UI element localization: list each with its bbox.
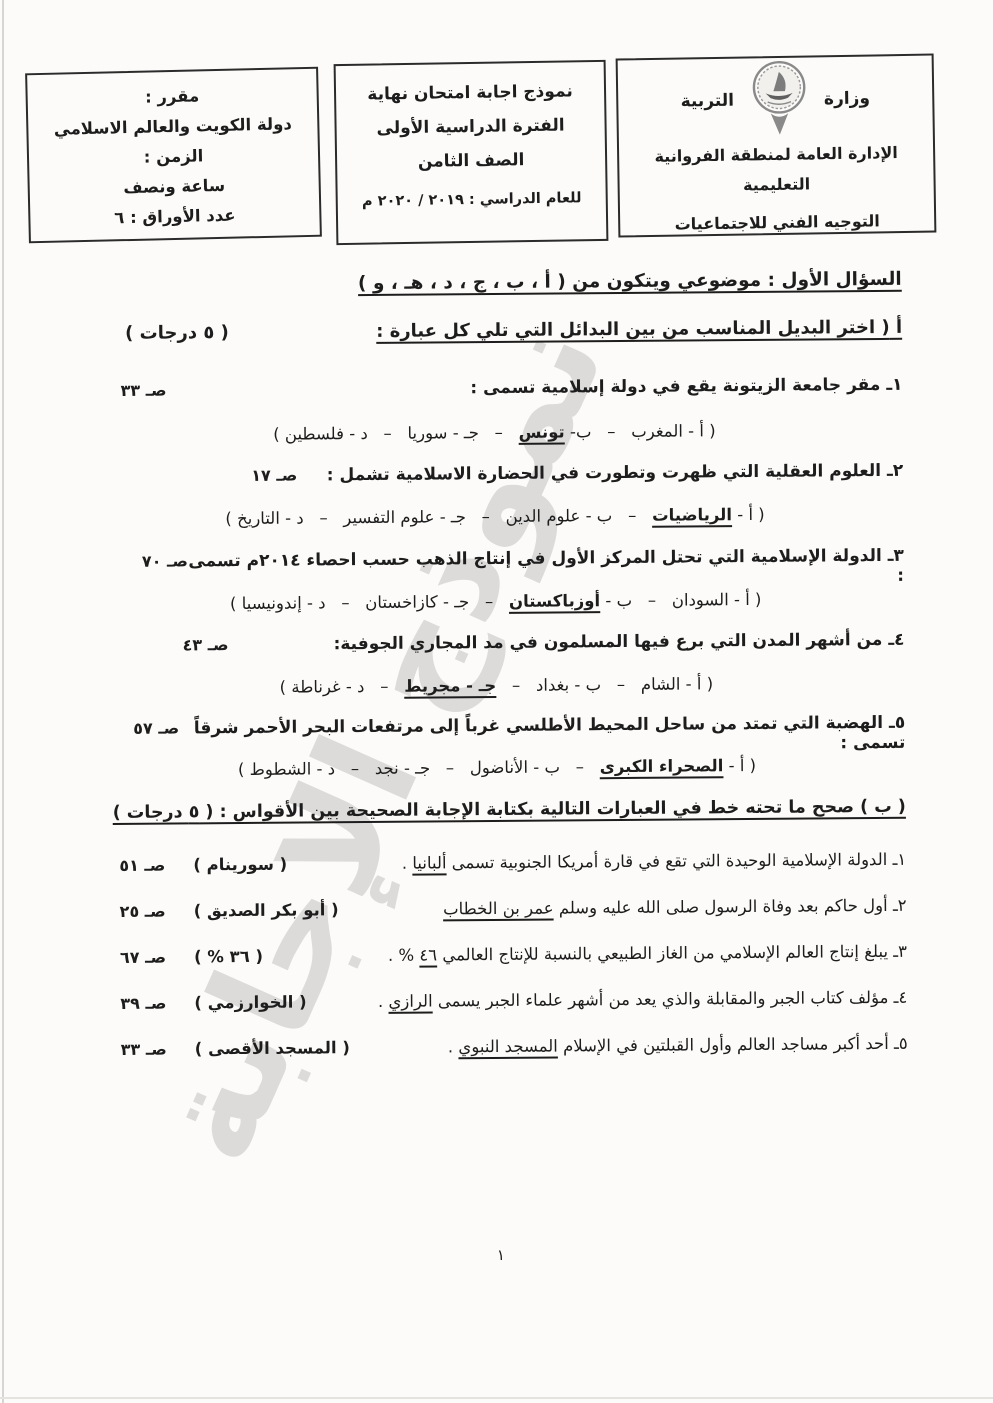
underlined-answer-text: عمر بن الخطاب — [443, 899, 554, 919]
part-b-heading: ( ب ) صحح ما تحته خط في العبارات التالية… — [89, 797, 906, 823]
academic-year-line: للعام الدراسي : ٢٠١٩ / ٢٠٢٠ م — [338, 190, 606, 210]
question-b3-answer: ( ٣٦ % ) — [194, 947, 263, 967]
question-a1-text: ١ـ مقر جامعة الزيتونة يقع في دولة إسلامي… — [167, 375, 903, 401]
underlined-answer-text: ٤٦ — [419, 945, 437, 964]
underlined-answer-text: الرياضيات — [652, 505, 732, 525]
question-b1: ١ـ الدولة الإسلامية الوحيدة التي تقع في … — [89, 850, 906, 875]
statement-text: ( أ - السودان – ب - — [600, 590, 761, 610]
statement-text: ٢ـ أول حاكم بعد وفاة الرسول صلى الله علي… — [553, 896, 906, 918]
question-a5-options: ( أ - الصحراء الكبرى – ب - الأناضول – جـ… — [88, 755, 905, 780]
question-b5-page-ref: صـ ٣٣ — [121, 1040, 167, 1059]
question-a3-text: ٣ـ الدولة الإسلامية التي تحتل المركز الأ… — [188, 546, 904, 592]
part-a-marks: ( ٥ درجات ) — [125, 322, 229, 344]
statement-text: – جـ - سوريا – د - فلسطين ) — [273, 423, 519, 444]
question-a5-page-ref: صـ ٥٧ — [133, 718, 179, 737]
statement-text: . — [448, 1037, 459, 1056]
question-b3-page-ref: صـ ٦٧ — [120, 948, 166, 967]
underlined-answer-text: تونس — [519, 422, 565, 441]
question-b1-answer: ( سورينام ) — [193, 855, 287, 875]
question-one-title: السؤال الأول : موضوعي ويتكون من ( أ ، ب … — [85, 269, 902, 296]
sheets-count: عدد الأوراق : ٦ — [30, 199, 320, 236]
exam-title-box: نموذج اجابة امتحان نهاية الفترة الدراسية… — [334, 60, 609, 245]
question-a4: ٤ـ من أشهر المدن التي برع فيها المسلمون … — [87, 630, 904, 656]
question-a3-options: ( أ - السودان – ب - أوزباكستان – جـ - كا… — [87, 589, 904, 614]
question-a4-page-ref: صـ ٤٣ — [182, 635, 228, 654]
statement-text: ( أ - الشام – ب - بغداد – — [496, 674, 713, 695]
course-info-box: مقرر : دولة الكويت والعالم الاسلامي الزم… — [25, 67, 322, 244]
question-b4: ٤ـ مؤلف كتاب الجبر والمقابلة والذي يعد م… — [90, 988, 907, 1013]
question-a4-text: ٤ـ من أشهر المدن التي برع فيها المسلمون … — [229, 630, 905, 655]
ministry-title-row: وزارة التربية — [618, 62, 933, 139]
question-b5-answer: ( المسجد الأقصى ) — [195, 1038, 350, 1058]
question-a2: ٢ـ العلوم العقلية التي ظهرت وتطورت في ال… — [86, 461, 903, 487]
underlined-answer-text: أوزباكستان — [509, 591, 600, 611]
statement-text: ٥ـ أحد أكبر مساجد العالم وأول القبلتين ف… — [558, 1034, 908, 1056]
statement-text: . — [378, 992, 389, 1011]
question-b3-text: ٣ـ يبلغ إنتاج العالم الإسلامي من الغاز ا… — [291, 942, 907, 966]
ministry-word-right: وزارة — [824, 89, 870, 110]
page-number: ١ — [92, 1243, 909, 1267]
ministry-box: وزارة التربية الإدارة العامة لمنطقة الفر… — [616, 54, 937, 238]
technical-supervision-line: التوجيه الفني للاجتماعيات — [620, 206, 934, 241]
statement-text: ١ـ الدولة الإسلامية الوحيدة التي تقع في … — [446, 850, 906, 873]
scan-edge-left — [2, 0, 4, 1403]
underlined-answer-text: ألبانيا — [412, 853, 446, 872]
question-b3: ٣ـ يبلغ إنتاج العالم الإسلامي من الغاز ا… — [90, 942, 907, 967]
question-b4-text: ٤ـ مؤلف كتاب الجبر والمقابلة والذي يعد م… — [335, 988, 908, 1011]
question-b2-page-ref: صـ ٢٥ — [120, 902, 166, 921]
question-b1-page-ref: صـ ٥١ — [119, 856, 165, 875]
underlined-answer-text: الصحراء الكبرى — [600, 756, 724, 776]
statement-text: ( أ - — [732, 505, 765, 524]
statement-text: ٤ـ مؤلف كتاب الجبر والمقابلة والذي يعد م… — [433, 988, 908, 1011]
statement-text: – جـ - كازاخستان – د - إندونيسيا ) — [230, 592, 509, 613]
kuwait-emblem-icon — [749, 58, 808, 141]
question-b1-text: ١ـ الدولة الإسلامية الوحيدة التي تقع في … — [315, 850, 906, 874]
question-a1-page-ref: صـ ٣٣ — [120, 381, 166, 400]
question-a2-text: ٢ـ العلوم العقلية التي ظهرت وتطورت في ال… — [297, 461, 903, 486]
exam-title-line2: الفترة الدراسية الأولى — [336, 108, 605, 146]
question-a1-options: ( أ - المغرب – ب- تونس – جـ - سوريا – د … — [86, 420, 903, 445]
statement-text: . — [402, 854, 413, 873]
statement-text: ( أ - المغرب – ب- — [565, 421, 716, 441]
question-b2: ٢ـ أول حاكم بعد وفاة الرسول صلى الله علي… — [90, 896, 907, 921]
question-b4-page-ref: صـ ٣٩ — [120, 994, 166, 1013]
education-district-line: الإدارة العامة لمنطقة الفروانية التعليمي… — [619, 138, 934, 203]
question-a3-page-ref: صـ ٧٠ — [142, 551, 188, 570]
question-a4-options: ( أ - الشام – ب - بغداد – جـ - مجريط – د… — [88, 673, 905, 698]
question-b5: ٥ـ أحد أكبر مساجد العالم وأول القبلتين ف… — [91, 1034, 908, 1059]
statement-text: – ب - علوم الدين – جـ - علوم التفسير – د… — [225, 506, 652, 528]
underlined-answer-text: الرازي — [388, 992, 432, 1011]
underlined-answer-text: المسجد النبوي — [458, 1037, 558, 1057]
question-b2-text: ٢ـ أول حاكم بعد وفاة الرسول صلى الله علي… — [367, 896, 907, 919]
part-a-heading: أ ‎)‎ اختر البديل المناسب من بين البدائل… — [229, 317, 902, 343]
underlined-answer-text: جـ - مجريط — [404, 676, 496, 696]
statement-text: ٣ـ يبلغ إنتاج العالم الإسلامي من الغاز ا… — [437, 942, 907, 965]
question-a5-text: ٥ـ الهضبة التي تمتد من ساحل المحيط الأطل… — [179, 713, 905, 759]
scanned-exam-answer-sheet: نموذج الإجابة مقرر : دولة الكويت والعالم… — [0, 0, 993, 1403]
part-a-heading-row: أ ‎)‎ اختر البديل المناسب من بين البدائل… — [85, 317, 902, 344]
question-a3: ٣ـ الدولة الإسلامية التي تحتل المركز الأ… — [87, 546, 904, 592]
exam-grade-line: الصف الثامن — [337, 142, 606, 180]
statement-text: – د - غرناطة ) — [280, 677, 405, 697]
ministry-word-left: التربية — [680, 91, 734, 112]
statement-text: ( أ - — [723, 756, 756, 775]
question-a2-options: ( أ - الرياضيات – ب - علوم الدين – جـ - … — [86, 504, 903, 529]
question-a1: ١ـ مقر جامعة الزيتونة يقع في دولة إسلامي… — [85, 375, 902, 401]
exam-title-line1: نموذج اجابة امتحان نهاية — [336, 74, 605, 112]
question-a2-page-ref: صـ ١٧ — [251, 466, 297, 485]
question-a5: ٥ـ الهضبة التي تمتد من ساحل المحيط الأطل… — [88, 713, 905, 759]
question-b4-answer: ( الخوارزمي ) — [194, 993, 306, 1013]
statement-text: % . — [388, 946, 420, 965]
question-b5-text: ٥ـ أحد أكبر مساجد العالم وأول القبلتين ف… — [378, 1034, 908, 1057]
question-b2-answer: ( أبو بكر الصديق ) — [194, 900, 339, 920]
statement-text: – ب - الأناضول – جـ - نجد – د - الشطوط ) — [238, 757, 600, 779]
